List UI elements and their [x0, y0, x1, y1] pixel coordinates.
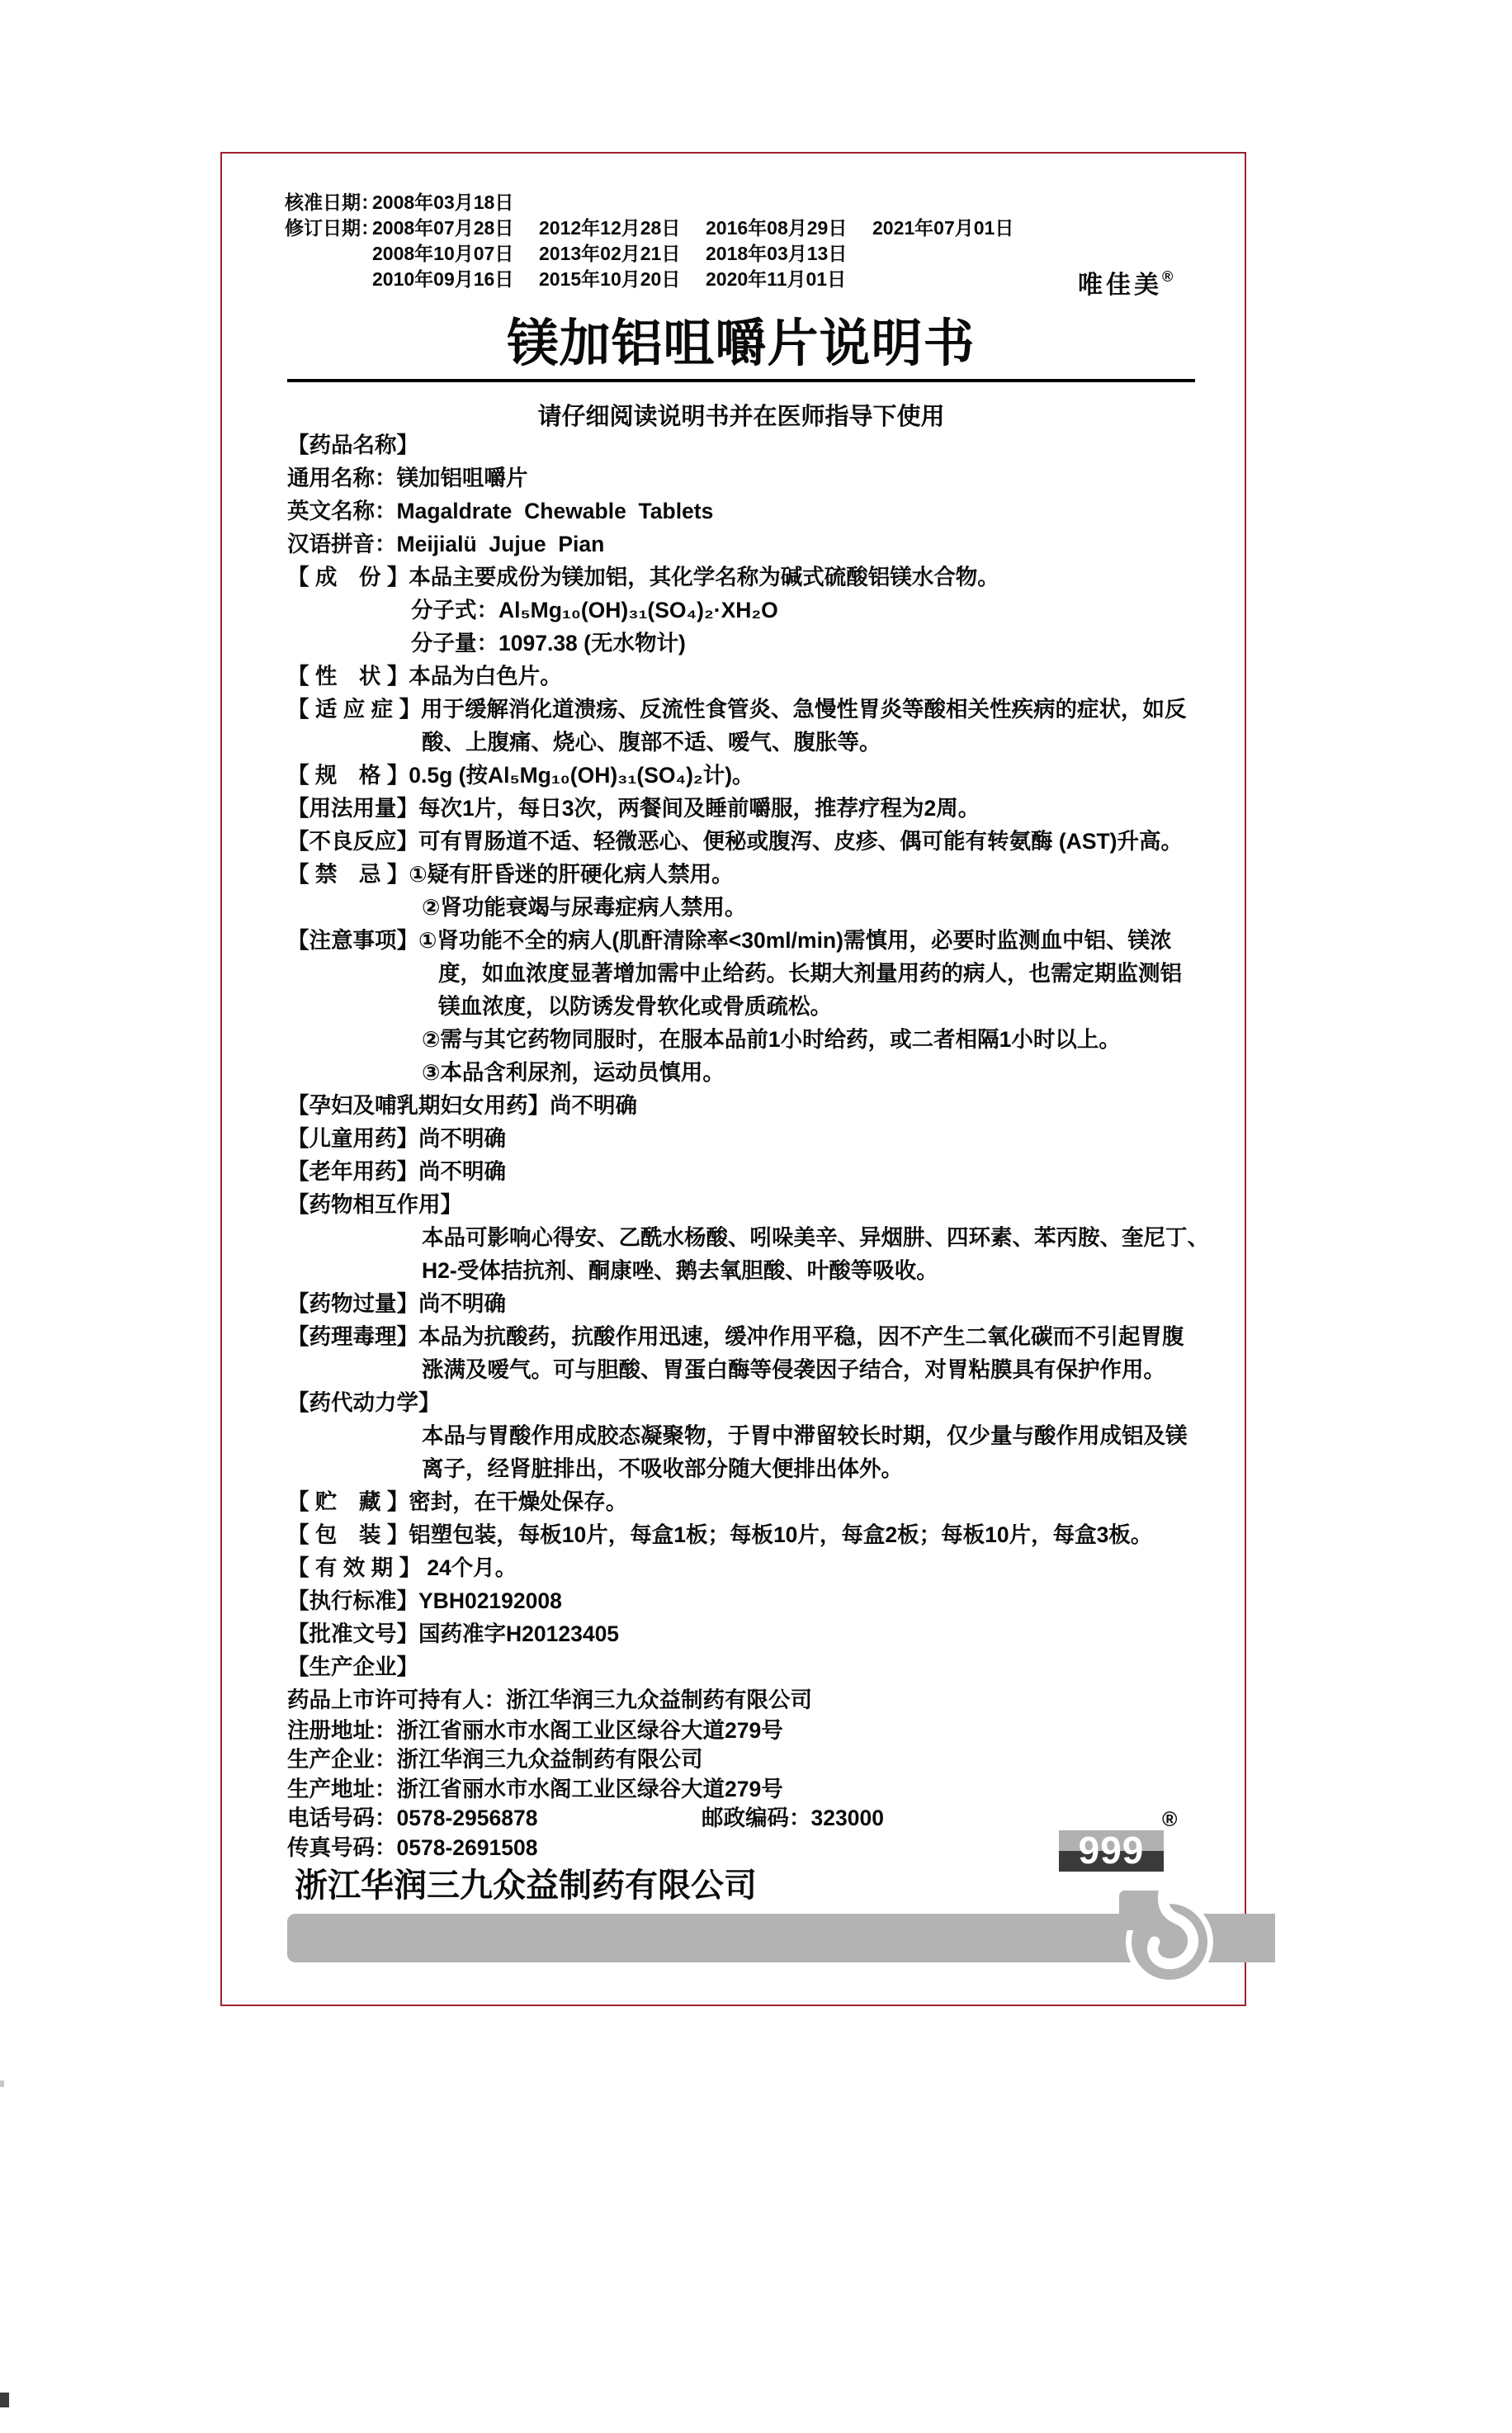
- date-label: [285, 267, 372, 292]
- date-value: 2016年08月29日: [706, 215, 872, 241]
- body-line: H2-受体拮抗剂、酮康唑、鹅去氧胆酸、叶酸等吸收。: [287, 1254, 1203, 1287]
- date-value: 2008年03月18日: [372, 190, 539, 215]
- contact-text: 生产企业：浙江华润三九众益制药有限公司: [287, 1747, 703, 1772]
- contact-line: 生产企业：浙江华润三九众益制药有限公司: [287, 1745, 1203, 1774]
- scan-artifact: [0, 2080, 4, 2087]
- body-line: 【生产企业】: [287, 1650, 1203, 1683]
- date-value: 2013年02月21日: [539, 241, 706, 267]
- body-line: 【 有 效 期 】 24个月。: [287, 1551, 1203, 1584]
- stomach-icon: [1117, 1891, 1218, 1985]
- body-line: 【执行标准】YBH02192008: [287, 1584, 1203, 1617]
- registered-mark: ®: [1162, 268, 1173, 285]
- body-line: 【不良反应】可有胃肠道不适、轻微恶心、便秘或腹泻、皮疹、偶可能有转氨酶 (AST…: [287, 825, 1203, 858]
- body-line: 药品上市许可持有人：浙江华润三九众益制药有限公司: [287, 1683, 1203, 1716]
- body-line: 酸、上腹痛、烧心、腹部不适、嗳气、腹胀等。: [287, 726, 1203, 759]
- date-value: 2012年12月28日: [539, 215, 706, 241]
- brand-name: 唯佳美®: [1078, 264, 1173, 301]
- body-line: 【药物相互作用】: [287, 1188, 1203, 1221]
- body-line: 涨满及嗳气。可与胆酸、胃蛋白酶等侵袭因子结合，对胃粘膜具有保护作用。: [287, 1353, 1203, 1386]
- body-line: 本品可影响心得安、乙酰水杨酸、吲哚美辛、异烟肼、四环素、苯丙胺、奎尼丁、: [287, 1221, 1203, 1254]
- date-label: 核准日期：: [285, 190, 372, 215]
- body-line: ②需与其它药物同服时，在服本品前1小时给药，或二者相隔1小时以上。: [287, 1023, 1203, 1056]
- body-line: 英文名称：Magaldrate Chewable Tablets: [287, 495, 1203, 528]
- body-line: 【批准文号】国药准字H20123405: [287, 1617, 1203, 1650]
- body-line: ③本品含利尿剂，运动员慎用。: [287, 1056, 1203, 1089]
- contact-text: 电话号码：0578-2956878: [287, 1806, 537, 1830]
- company-name: 浙江华润三九众益制药有限公司: [295, 1859, 757, 1906]
- contact-line: 注册地址：浙江省丽水市水阁工业区绿谷大道279号: [287, 1716, 1203, 1745]
- body-line: 【 贮 藏 】密封，在干燥处保存。: [287, 1485, 1203, 1518]
- body-line: 【药品名称】: [287, 428, 1203, 462]
- logo-999-text: 999: [1059, 1825, 1164, 1875]
- date-row: 修订日期：2008年07月28日2012年12月28日2016年08月29日20…: [285, 215, 1039, 241]
- scan-artifact: [0, 2393, 9, 2407]
- body-lines: 【药品名称】通用名称：镁加铝咀嚼片英文名称：Magaldrate Chewabl…: [287, 428, 1203, 1716]
- date-row: 2008年10月07日2013年02月21日2018年03月13日: [285, 241, 1039, 267]
- date-label: 修订日期：: [285, 215, 372, 241]
- body-line: 【 性 状 】本品为白色片。: [287, 660, 1203, 693]
- contact-text-secondary: 邮政编码：323000: [702, 1804, 884, 1833]
- contact-text: 传真号码：0578-2691508: [287, 1835, 537, 1860]
- contact-text: 生产地址：浙江省丽水市水阁工业区绿谷大道279号: [287, 1777, 783, 1801]
- body-line: 【药代动力学】: [287, 1386, 1203, 1419]
- leaflet-page: 核准日期：2008年03月18日修订日期：2008年07月28日2012年12月…: [0, 0, 1512, 2433]
- body-line: 通用名称：镁加铝咀嚼片: [287, 462, 1203, 495]
- date-label: [285, 241, 372, 267]
- brand-text: 唯佳美: [1078, 272, 1162, 299]
- body-line: 镁血浓度，以防诱发骨软化或骨质疏松。: [287, 990, 1203, 1023]
- body-line: 离子，经肾脏排出，不吸收部分随大便排出体外。: [287, 1452, 1203, 1485]
- body-line: 【 规 格 】0.5g (按Al₅Mg₁₀(OH)₃₁(SO₄)₂计)。: [287, 759, 1203, 792]
- body-line: 度，如血浓度显著增加需中止给药。长期大剂量用药的病人，也需定期监测铝: [287, 957, 1203, 990]
- date-row: 2010年09月16日2015年10月20日2020年11月01日: [285, 267, 1039, 292]
- title-divider-line: [287, 379, 1195, 382]
- approval-revision-dates: 核准日期：2008年03月18日修订日期：2008年07月28日2012年12月…: [285, 190, 1039, 292]
- date-value: 2010年09月16日: [372, 267, 539, 292]
- logo-999: 999: [1059, 1830, 1164, 1872]
- date-value: 2018年03月13日: [706, 241, 872, 267]
- body-line: 汉语拼音：Meijialü Jujue Pian: [287, 528, 1203, 561]
- body-line: 【注意事项】①肾功能不全的病人(肌酐清除率<30ml/min)需慎用，必要时监测…: [287, 924, 1203, 957]
- body-line: 本品与胃酸作用成胶态凝聚物，于胃中滞留较长时期，仅少量与酸作用成铝及镁: [287, 1419, 1203, 1452]
- body-line: 【 成 份 】本品主要成份为镁加铝，其化学名称为碱式硫酸铝镁水合物。: [287, 561, 1203, 594]
- body-line: 分子式：Al₅Mg₁₀(OH)₃₁(SO₄)₂·XH₂O: [287, 594, 1203, 627]
- page-title: 镁加铝咀嚼片说明书: [287, 302, 1195, 376]
- body-line: 【用法用量】每次1片，每日3次，两餐间及睡前嚼服，推荐疗程为2周。: [287, 792, 1203, 825]
- date-value: 2008年10月07日: [372, 241, 539, 267]
- body-line: 【孕妇及哺乳期妇女用药】尚不明确: [287, 1089, 1203, 1122]
- body-line: 【老年用药】尚不明确: [287, 1155, 1203, 1188]
- body-line: ②肾功能衰竭与尿毒症病人禁用。: [287, 891, 1203, 924]
- body-line: 【药理毒理】本品为抗酸药，抗酸作用迅速，缓冲作用平稳，因不产生二氧化碳而不引起胃…: [287, 1320, 1203, 1353]
- usage-notice: 请仔细阅读说明书并在医师指导下使用: [287, 398, 1195, 432]
- date-row: 核准日期：2008年03月18日: [285, 190, 1039, 215]
- body-line: 【儿童用药】尚不明确: [287, 1122, 1203, 1155]
- contact-text: 注册地址：浙江省丽水市水阁工业区绿谷大道279号: [287, 1718, 783, 1743]
- body-line: 【 禁 忌 】①疑有肝昏迷的肝硬化病人禁用。: [287, 858, 1203, 891]
- registered-mark: ®: [1162, 1808, 1177, 1832]
- body-line: 分子量：1097.38 (无水物计): [287, 627, 1203, 660]
- contact-line: 生产地址：浙江省丽水市水阁工业区绿谷大道279号: [287, 1775, 1203, 1804]
- date-value: 2008年07月28日: [372, 215, 539, 241]
- date-value: 2021年07月01日: [872, 215, 1039, 241]
- body-line: 【药物过量】尚不明确: [287, 1287, 1203, 1320]
- body-line: 【 包 装 】铝塑包装，每板10片，每盒1板；每板10片，每盒2板；每板10片，…: [287, 1518, 1203, 1551]
- date-value: 2020年11月01日: [706, 267, 872, 292]
- body-line: 【 适 应 症 】用于缓解消化道溃疡、反流性食管炎、急慢性胃炎等酸相关性疾病的症…: [287, 693, 1203, 726]
- date-value: 2015年10月20日: [539, 267, 706, 292]
